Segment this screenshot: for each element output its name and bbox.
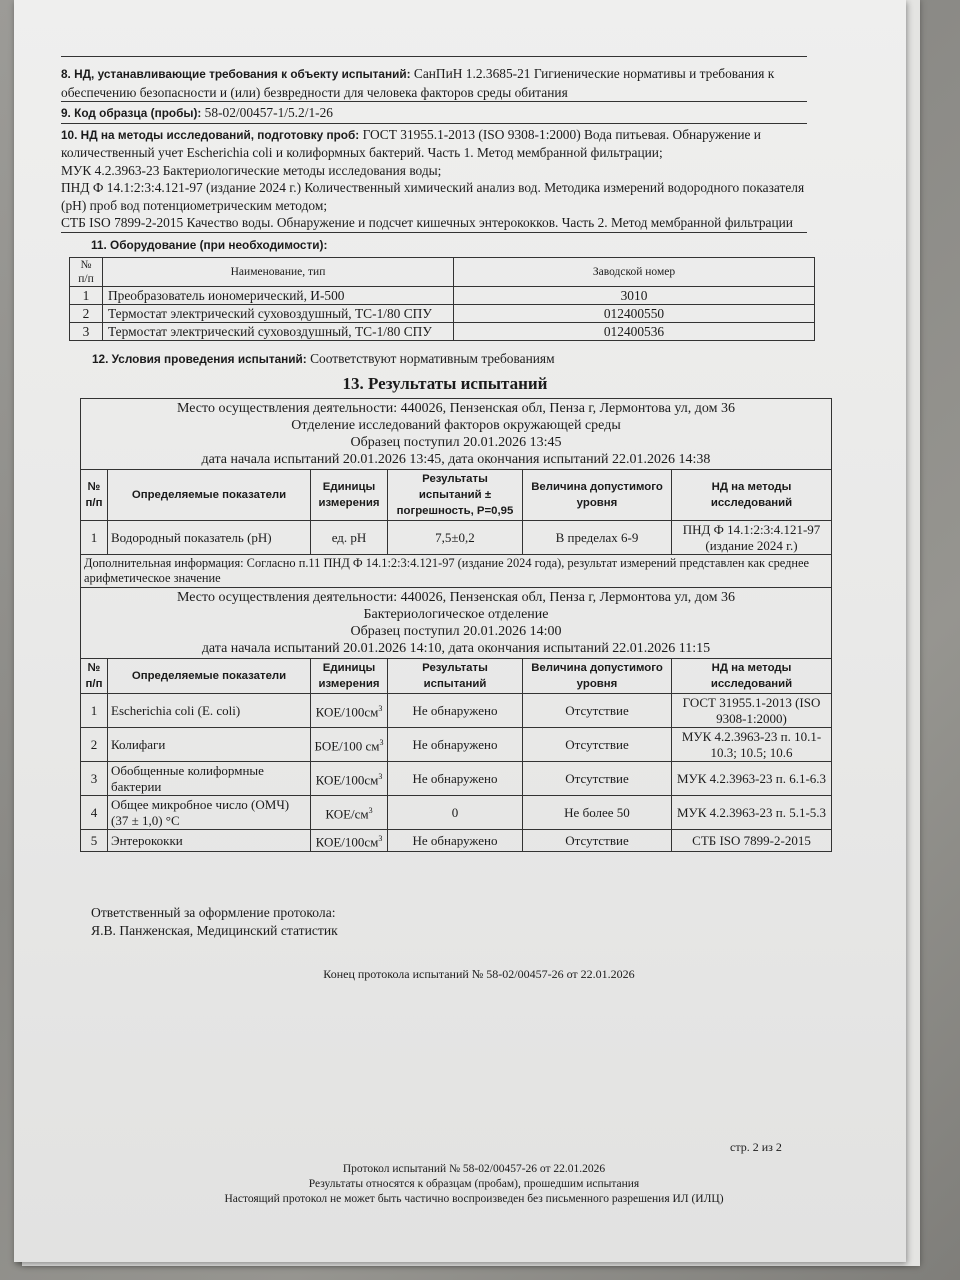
table-row: 2 Колифаги БОЕ/100 см3 Не обнаружено Отс… [81,728,832,762]
results-title: 13. Результаты испытаний [83,375,807,393]
results-table: Место осуществления деятельности: 440026… [80,398,832,852]
table-row: 3 Термостат электрический суховоздушный,… [70,323,815,341]
page-footer: Протокол испытаний № 58-02/00457-26 от 2… [194,1162,754,1207]
table-row: 1 Преобразователь иономерический, И-500 … [70,287,815,305]
section-12: 12. Условия проведения испытаний: Соотве… [92,350,807,369]
table-row: 3 Обобщенные колиформные бактерии КОЕ/10… [81,762,832,796]
block2-header: Место осуществления деятельности: 440026… [81,588,832,659]
table-row: 5 Энтерококки КОЕ/100см3 Не обнаружено О… [81,830,832,852]
additional-info: Дополнительная информация: Согласно п.11… [81,555,832,588]
table-row: 2 Термостат электрический суховоздушный,… [70,305,815,323]
block1-header: Место осуществления деятельности: 440026… [81,399,832,470]
table-row: 1 Escherichia coli (E. coli) КОЕ/100см3 … [81,694,832,728]
equipment-table: № п/п Наименование, тип Заводской номер … [69,257,815,341]
table-row: 4 Общее микробное число (ОМЧ) (37 ± 1,0)… [81,796,832,830]
page-number: стр. 2 из 2 [730,1140,782,1155]
divider [61,56,807,63]
section-8: 8. НД, устанавливающие требования к объе… [61,63,807,102]
document-page: 8. НД, устанавливающие требования к объе… [14,0,906,1262]
section-9: 9. Код образца (пробы): 58-02/00457-1/5.… [61,102,807,124]
table-row: 1 Водородный показатель (pH) ед. pH 7,5±… [81,521,832,555]
document-content: 8. НД, устанавливающие требования к объе… [61,56,807,983]
section-11-title: 11. Оборудование (при необходимости): [61,237,807,255]
responsible-person: Ответственный за оформление протокола: Я… [91,904,807,940]
end-of-protocol: Конец протокола испытаний № 58-02/00457-… [61,966,807,984]
section-10: 10. НД на методы исследований, подготовк… [61,124,807,233]
